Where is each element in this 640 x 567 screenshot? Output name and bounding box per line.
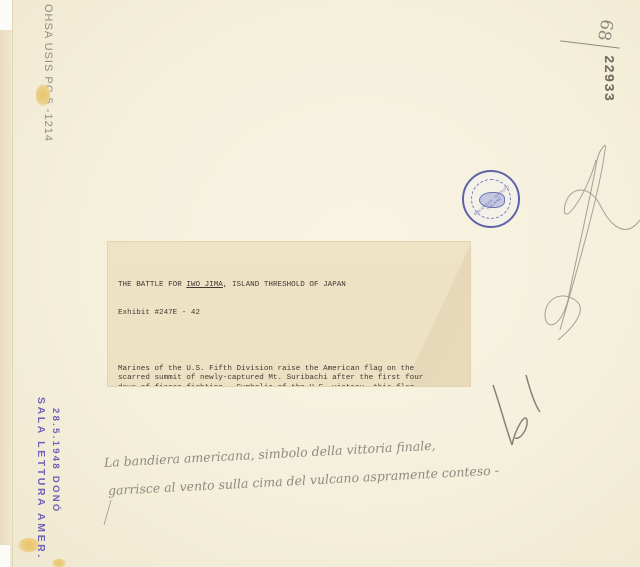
caption-body: Marines of the U.S. Fifth Division raise… <box>118 365 458 386</box>
stain-mark <box>36 84 50 106</box>
stain-mark <box>52 559 66 567</box>
caption-slip: THE BATTLE FOR IWO JIMA, ISLAND THRESHOL… <box>108 242 470 386</box>
caption-exhibit-number: Exhibit #247E - 42 <box>118 309 458 318</box>
catalog-number: 22933 <box>600 55 616 102</box>
background-edge-bottom <box>0 545 10 567</box>
library-round-stamp: BIBLIOTECA · ISTITUTO ITALIANO <box>462 170 520 228</box>
caption-title: THE BATTLE FOR IWO JIMA, ISLAND THRESHOL… <box>118 281 458 290</box>
pencil-number-top: 68 <box>593 18 616 43</box>
caption-text: THE BATTLE FOR IWO JIMA, ISLAND THRESHOL… <box>118 262 458 386</box>
pencil-archive-note: OHSA USIS PC 5 -1214 <box>42 4 54 142</box>
library-date-stamp: 28.5.1948 DONÓ SALA LETTURA AMER. <box>34 408 62 560</box>
stamp-line-location: SALA LETTURA AMER. <box>34 397 48 560</box>
stamp-line-date: 28.5.1948 DONÓ <box>48 408 62 560</box>
